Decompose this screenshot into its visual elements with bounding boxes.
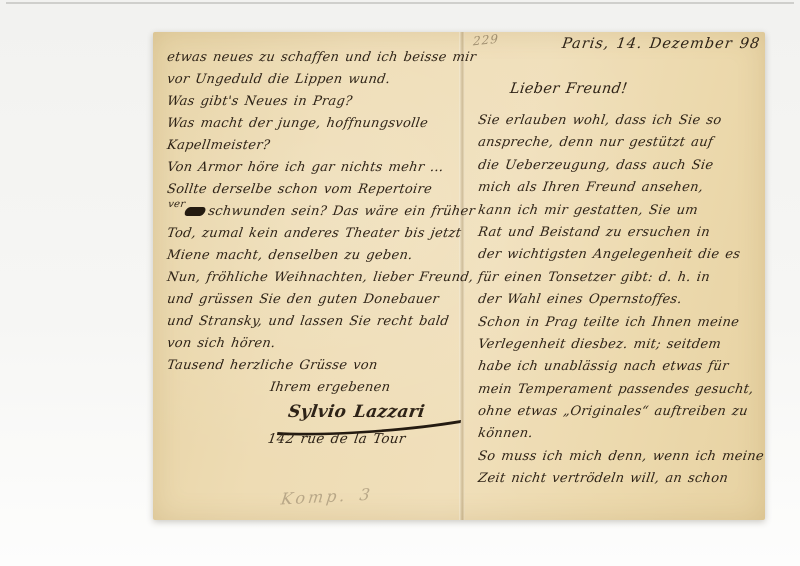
salutation: Lieber Freund! <box>509 81 629 97</box>
manuscript-line: Sie erlauben wohl, dass ich Sie so <box>476 110 769 132</box>
manuscript-line: kann ich mir gestatten, Sie um <box>476 200 769 222</box>
manuscript-line: der wichtigsten Angelegenheit die es <box>476 244 769 266</box>
manuscript-line: habe ich unablässig nach etwas für <box>476 356 769 378</box>
letter-body: Sie erlauben wohl, dass ich Sie so anspr… <box>478 110 768 491</box>
manuscript-line: die Ueberzeugung, dass auch Sie <box>476 155 769 177</box>
manuscript-line: Rat und Beistand zu ersuchen in <box>476 222 769 244</box>
manuscript-line: Schon in Prag teilte ich Ihnen meine <box>476 312 769 334</box>
manuscript-line: So muss ich mich denn, wenn ich meine <box>476 446 769 468</box>
manuscript-line: Verlegenheit diesbez. mit; seitdem <box>476 334 769 356</box>
manuscript-line: für einen Tonsetzer gibt: d. h. in <box>476 267 769 289</box>
dateline: Paris, 14. Dezember 98 <box>561 36 761 52</box>
manuscript-line: ohne etwas „Originales“ auftreiben zu <box>476 401 769 423</box>
manuscript-line: Zeit nicht vertrödeln will, an schon <box>476 468 769 490</box>
archive-number-annotation: 229 <box>473 32 499 49</box>
manuscript-line: können. <box>476 423 769 445</box>
scan-edge-artifact <box>6 2 794 4</box>
manuscript-line: mein Temperament passendes gesucht, <box>476 379 769 401</box>
letter-paper: etwas neues zu schaffen und ich beisse m… <box>153 32 765 520</box>
letter-page-right: 229 Paris, 14. Dezember 98 Lieber Freund… <box>153 32 765 520</box>
manuscript-line: mich als Ihren Freund ansehen, <box>476 177 769 199</box>
manuscript-line: der Wahl eines Opernstoffes. <box>476 289 769 311</box>
manuscript-line: anspreche, denn nur gestützt auf <box>476 132 769 154</box>
